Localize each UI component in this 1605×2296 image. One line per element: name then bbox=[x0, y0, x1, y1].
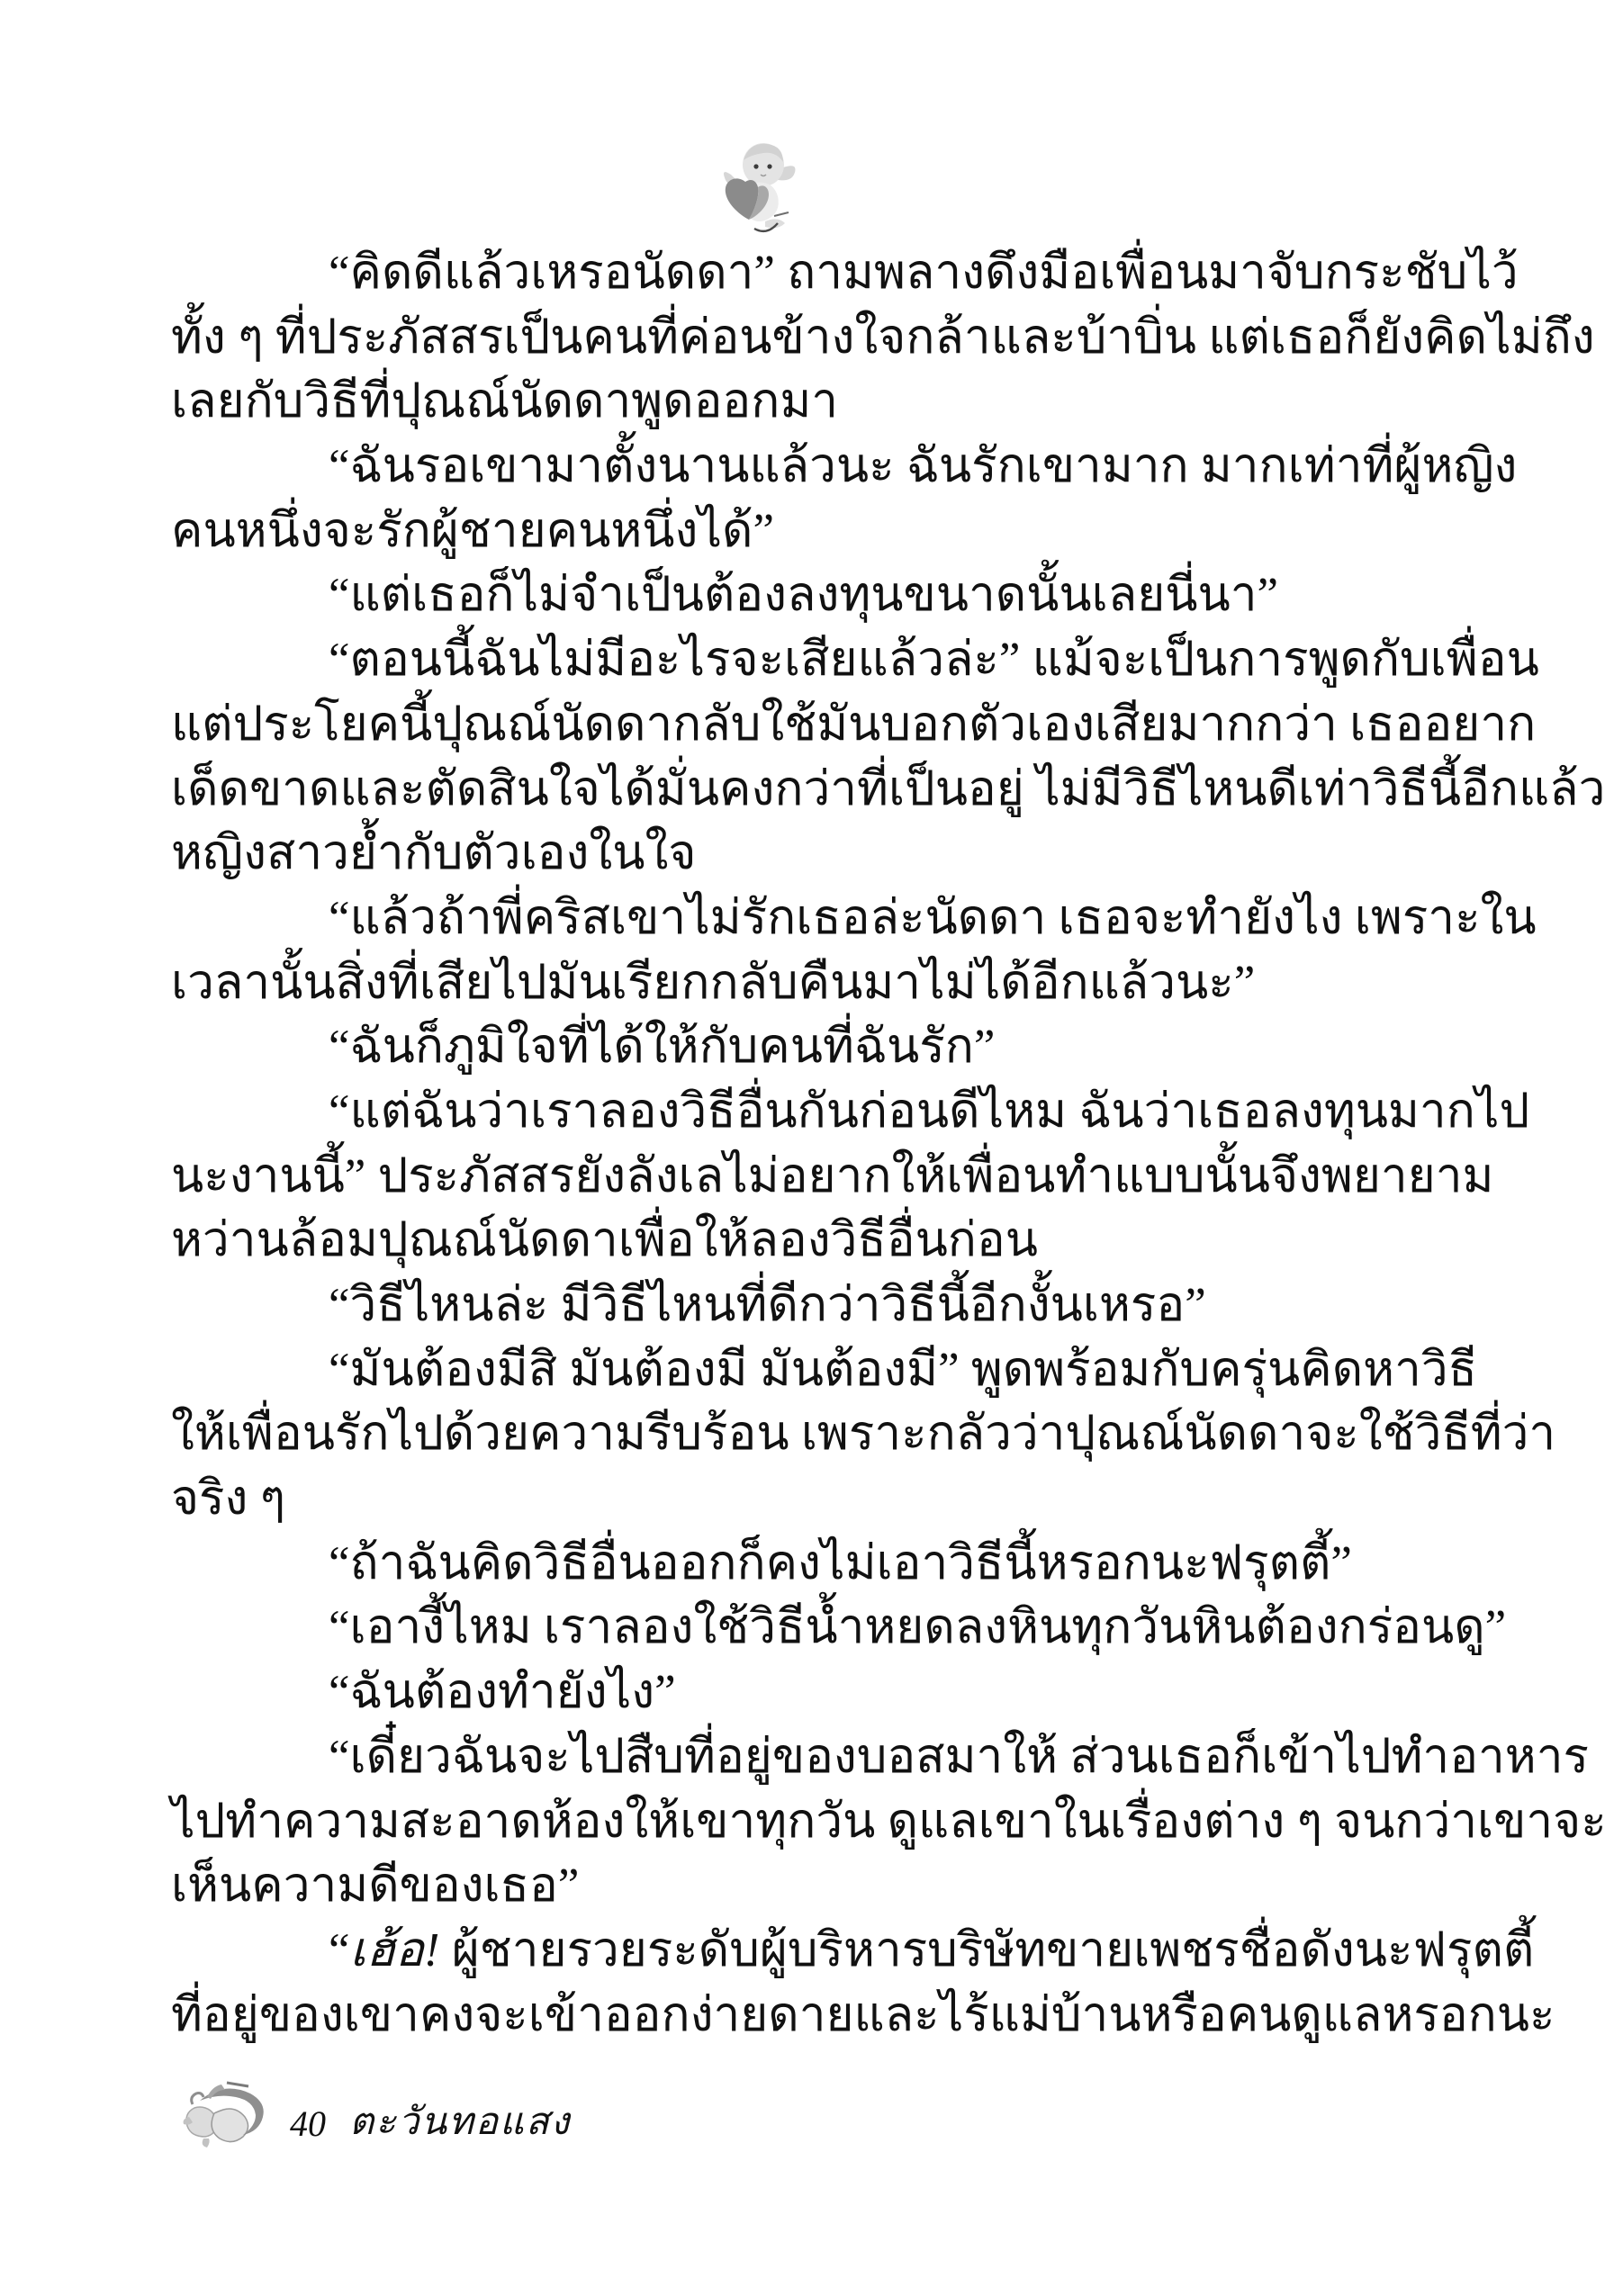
book-title: ตะวันทอแสง bbox=[349, 2102, 571, 2142]
text-line: ไปทำความสะอาดห้องให้เขาทุกวัน ดูแลเขาในเ… bbox=[171, 1790, 1494, 1855]
paragraph: “ถ้าฉันคิดวิธีอื่นออกก็คงไม่เอาวิธีนี้หร… bbox=[171, 1532, 1494, 1597]
text-line: หญิงสาวย้ำกับตัวเองในใจ bbox=[171, 822, 1494, 887]
text-line: “ตอนนี้ฉันไม่มีอะไรจะเสียแล้วล่ะ” แม้จะเ… bbox=[171, 628, 1494, 693]
text-line: “เดี๋ยวฉันจะไปสืบที่อยู่ของบอสมาให้ ส่วน… bbox=[171, 1725, 1494, 1790]
text-line: “ฉันรอเขามาตั้งนานแล้วนะ ฉันรักเขามาก มา… bbox=[171, 435, 1494, 500]
text-line: หว่านล้อมปุณณ์นัดดาเพื่อให้ลองวิธีอื่นก่… bbox=[171, 1209, 1494, 1274]
interjection-italic: เฮ้อ! bbox=[350, 1924, 440, 1976]
text-line: จริง ๆ bbox=[171, 1467, 1494, 1532]
text-line: “มันต้องมีสิ มันต้องมี มันต้องมี” พูดพร้… bbox=[171, 1338, 1494, 1403]
paragraph: “ฉันก็ภูมิใจที่ได้ให้กับคนที่ฉันรัก” bbox=[171, 1015, 1494, 1080]
text-line: ให้เพื่อนรักไปด้วยความรีบร้อน เพราะกลัวว… bbox=[171, 1402, 1494, 1467]
paragraph: “แต่เธอก็ไม่จำเป็นต้องลงทุนขนาดนั้นเลยนี… bbox=[171, 563, 1494, 628]
paragraph: “ตอนนี้ฉันไม่มีอะไรจะเสียแล้วล่ะ” แม้จะเ… bbox=[171, 628, 1494, 887]
text-line: แต่ประโยคนี้ปุณณ์นัดดากลับใช้มันบอกตัวเอ… bbox=[171, 693, 1494, 758]
page-text: “คิดดีแล้วเหรอนัดดา” ถามพลางดึงมือเพื่อน… bbox=[171, 241, 1494, 2048]
cupid-head bbox=[743, 143, 784, 186]
text-line: ทั้ง ๆ ที่ประภัสสรเป็นคนที่ค่อนข้างใจกล้… bbox=[171, 306, 1494, 371]
paragraph: “เดี๋ยวฉันจะไปสืบที่อยู่ของบอสมาให้ ส่วน… bbox=[171, 1725, 1494, 1919]
text-line: “แต่เธอก็ไม่จำเป็นต้องลงทุนขนาดนั้นเลยนี… bbox=[171, 563, 1494, 628]
paragraph: “เอางี้ไหม เราลองใช้วิธีน้ำหยดลงหินทุกวั… bbox=[171, 1596, 1494, 1661]
quote-mark: “ bbox=[329, 1924, 350, 1976]
text-line: “แต่ฉันว่าเราลองวิธีอื่นกันก่อนดีไหม ฉัน… bbox=[171, 1080, 1494, 1145]
page-footer: 40 ตะวันทอแสง bbox=[0, 2070, 1605, 2178]
book-page: “คิดดีแล้วเหรอนัดดา” ถามพลางดึงมือเพื่อน… bbox=[0, 0, 1605, 2296]
paragraph: “เฮ้อ! ผู้ชายรวยระดับผู้บริหารบริษัทขายเ… bbox=[171, 1919, 1494, 2048]
text-line: “คิดดีแล้วเหรอนัดดา” ถามพลางดึงมือเพื่อน… bbox=[171, 241, 1494, 306]
paragraph: “ฉันรอเขามาตั้งนานแล้วนะ ฉันรักเขามาก มา… bbox=[171, 435, 1494, 563]
text-line: “แล้วถ้าพี่คริสเขาไม่รักเธอล่ะนัดดา เธอจ… bbox=[171, 887, 1494, 951]
text-line: เลยกับวิธีที่ปุณณ์นัดดาพูดออกมา bbox=[171, 370, 1494, 435]
text-segment: ผู้ชายรวยระดับผู้บริหารบริษัทขายเพชรชื่อ… bbox=[439, 1924, 1534, 1976]
rose-petals bbox=[186, 2107, 248, 2142]
text-line: นะงานนี้” ประภัสสรยังลังเลไม่อยากให้เพื่… bbox=[171, 1145, 1494, 1210]
text-line: คนหนึ่งจะรักผู้ชายคนหนึ่งได้” bbox=[171, 500, 1494, 564]
text-line: “วิธีไหนล่ะ มีวิธีไหนที่ดีกว่าวิธีนี้อีก… bbox=[171, 1274, 1494, 1338]
text-line: “ฉันก็ภูมิใจที่ได้ให้กับคนที่ฉันรัก” bbox=[171, 1015, 1494, 1080]
paragraph: “แต่ฉันว่าเราลองวิธีอื่นกันก่อนดีไหม ฉัน… bbox=[171, 1080, 1494, 1274]
text-line: เวลานั้นสิ่งที่เสียไปมันเรียกกลับคืนมาไม… bbox=[171, 951, 1494, 1016]
rose-ornament-icon bbox=[180, 2077, 281, 2153]
text-line: “เฮ้อ! ผู้ชายรวยระดับผู้บริหารบริษัทขายเ… bbox=[171, 1919, 1494, 1984]
paragraph: “คิดดีแล้วเหรอนัดดา” ถามพลางดึงมือเพื่อน… bbox=[171, 241, 1494, 435]
text-line: “ฉันต้องทำยังไง” bbox=[171, 1661, 1494, 1725]
page-number: 40 bbox=[290, 2106, 326, 2142]
paragraph: “ฉันต้องทำยังไง” bbox=[171, 1661, 1494, 1725]
cupid-heart-icon bbox=[718, 140, 801, 236]
text-line: เห็นความดีของเธอ” bbox=[171, 1854, 1494, 1919]
paragraph: “แล้วถ้าพี่คริสเขาไม่รักเธอล่ะนัดดา เธอจ… bbox=[171, 887, 1494, 1015]
text-line: “ถ้าฉันคิดวิธีอื่นออกก็คงไม่เอาวิธีนี้หร… bbox=[171, 1532, 1494, 1597]
text-line: “เอางี้ไหม เราลองใช้วิธีน้ำหยดลงหินทุกวั… bbox=[171, 1596, 1494, 1661]
text-line: เด็ดขาดและตัดสินใจได้มั่นคงกว่าที่เป็นอย… bbox=[171, 758, 1494, 823]
paragraph: “มันต้องมีสิ มันต้องมี มันต้องมี” พูดพร้… bbox=[171, 1338, 1494, 1532]
text-line: ที่อยู่ของเขาคงจะเข้าออกง่ายดายและไร้แม่… bbox=[171, 1984, 1494, 2048]
paragraph: “วิธีไหนล่ะ มีวิธีไหนที่ดีกว่าวิธีนี้อีก… bbox=[171, 1274, 1494, 1338]
